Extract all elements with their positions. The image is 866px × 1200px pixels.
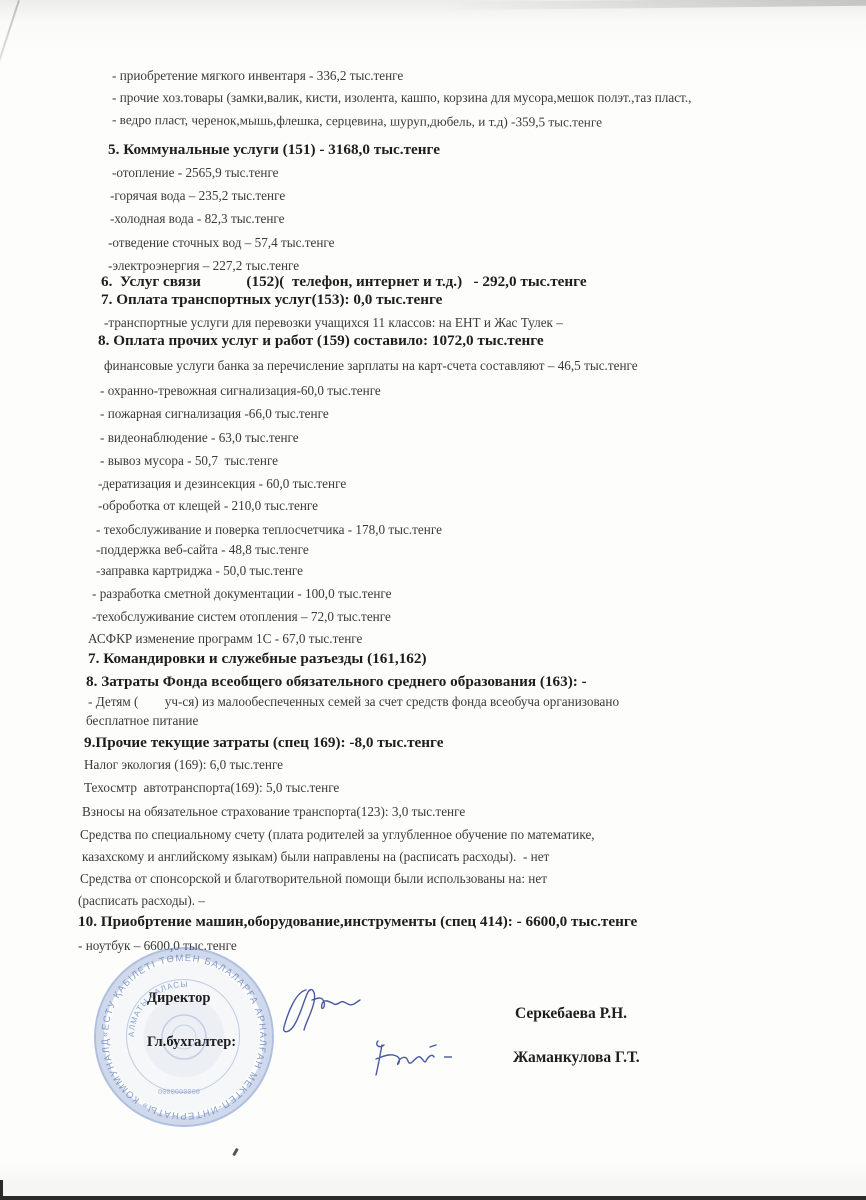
- doc-line-sponsorship: Средства от спонсорской и благотворитель…: [80, 871, 547, 887]
- doc-line-free-meals: - Детям ( уч-ся) из малообеспеченных сем…: [88, 694, 619, 710]
- doc-line-hot-water: -горячая вода – 235,2 тыс.тенге: [110, 188, 285, 204]
- doc-line-cctv: - видеонаблюдение - 63,0 тыс.тенге: [100, 430, 299, 446]
- doc-line-electricity: -электроэнергия – 227,2 тыс.тенге: [108, 258, 299, 274]
- doc-line-garbage: - вывоз мусора - 50,7 тыс.тенге: [100, 453, 278, 469]
- section-heading-equipment: 10. Приобртение машин,оборудование,инстр…: [78, 914, 637, 930]
- doc-line-vehicle-inspection: Техосмтр автотранспорта(169): 5,0 тыс.те…: [84, 780, 339, 796]
- doc-line-special-account-cont: казахскому и английскому языкам) были на…: [82, 849, 549, 865]
- doc-line-heating: -отопление - 2565,9 тыс.тенге: [112, 165, 279, 181]
- svg-text:АЛМАТЫ ҚАЛАСЫ: АЛМАТЫ ҚАЛАСЫ: [127, 980, 189, 1037]
- doc-line-sponsorship-cont: (расписать расходы). –: [78, 893, 205, 909]
- page-fold-shadow: [0, 0, 20, 124]
- doc-line-heating-maintenance: -техобслуживание систем отопления – 72,0…: [92, 609, 391, 625]
- doc-line-sewage: -отведение сточных вод – 57,4 тыс.тенге: [108, 235, 335, 251]
- section-heading-transport: 7. Оплата транспортных услуг(153): 0,0 т…: [101, 292, 442, 308]
- doc-line-vehicle-insurance: Взносы на обязательное страхование транс…: [82, 804, 465, 820]
- scan-speck: [232, 1148, 239, 1156]
- director-name: Серкебаева Р.Н.: [515, 1005, 627, 1023]
- doc-line-special-account: Средства по специальному счету (плата ро…: [80, 827, 595, 843]
- doc-line-cartridge: -заправка картриджа - 50,0 тыс.тенге: [96, 563, 303, 579]
- doc-line-1c-software: АСФКР изменение программ 1С - 67,0 тыс.т…: [88, 631, 362, 647]
- section-heading-other-services: 8. Оплата прочих услуг и работ (159) сос…: [98, 333, 544, 349]
- doc-line-cold-water: -холодная вода - 82,3 тыс.тенге: [110, 211, 285, 227]
- doc-line-website: -поддержка веб-сайта - 48,8 тыс.тенге: [96, 542, 309, 558]
- section-heading-utilities: 5. Коммунальные услуги (151) - 3168,0 ты…: [108, 142, 440, 158]
- doc-line-estimate-docs: - разработка сметной документации - 100,…: [92, 586, 392, 602]
- section-heading-other-current-costs: 9.Прочие текущие затраты (спец 169): -8,…: [84, 735, 443, 751]
- scanned-page: - приобретение мягкого инвентаря - 336,2…: [0, 0, 866, 1200]
- section-heading-communications: 6. Услуг связи (152)( телефон, интернет …: [101, 274, 587, 290]
- doc-line-household-goods: - прочие хоз.товары (замки,валик, кисти,…: [112, 90, 691, 106]
- doc-line-soft-inventory: - приобретение мягкого инвентаря - 336,2…: [112, 68, 403, 84]
- stamp-inner-text: АЛМАТЫ ҚАЛАСЫ: [127, 980, 189, 1037]
- director-label: Директор: [147, 990, 210, 1007]
- doc-line-fire-alarm: - пожарная сигнализация -66,0 тыс.тенге: [100, 406, 329, 422]
- section-heading-education-fund: 8. Затраты Фонда всеобщего обязательного…: [86, 674, 587, 690]
- chief-accountant-name: Жаманкулова Г.Т.: [513, 1049, 640, 1067]
- doc-line-tick-treatment: -оброботка от клещей - 210,0 тыс.тенге: [98, 498, 318, 514]
- doc-line-heat-meter: - техобслуживание и поверка теплосчетчик…: [96, 522, 442, 538]
- doc-line-security-alarm: - охранно-тревожная сигнализация-60,0 ты…: [100, 383, 381, 399]
- doc-line-transport-services: -транспортные услуги для перевозки учащи…: [104, 315, 563, 331]
- scan-bottom-edge: [0, 1196, 866, 1200]
- section-heading-business-trips: 7. Командировки и служебные разъезды (16…: [88, 651, 427, 667]
- scan-edge-shadow: [446, 0, 866, 10]
- chief-accountant-label: Гл.бухгалтер:: [147, 1034, 236, 1051]
- doc-line-free-meals-cont: бесплатное питание: [86, 713, 198, 729]
- doc-line-pest-control: -дератизация и дезинсекция - 60,0 тыс.те…: [98, 476, 346, 492]
- doc-line-bank-fees: финансовые услуги банка за перечисление …: [104, 358, 638, 374]
- doc-line-eco-tax: Налог экология (169): 6,0 тыс.тенге: [84, 757, 283, 773]
- svg-text:0000000000: 0000000000: [158, 1089, 200, 1097]
- doc-line-household-goods-cont: - ведро пласт, черенок,мышь,флешка, серц…: [112, 112, 602, 131]
